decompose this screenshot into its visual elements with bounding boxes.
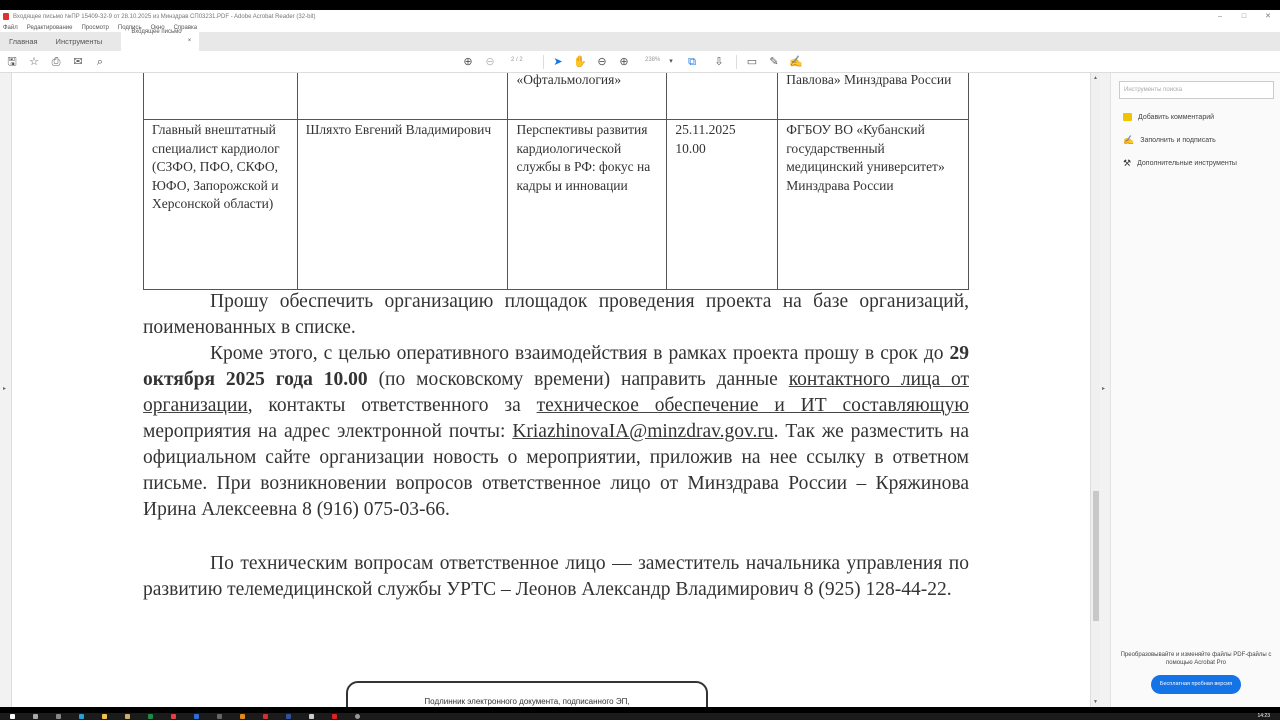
table-row: Главный внештатный специалист кардиолог … (144, 120, 969, 290)
table-cell-text: Павлова» Минздрава России (786, 73, 960, 90)
table-cell-text: «Офтальмология» (516, 73, 658, 90)
table-cell (667, 73, 778, 120)
table-cell: 25.11.2025 10.00 (667, 120, 778, 290)
tool-label: Добавить комментарий (1138, 114, 1214, 121)
hand-icon[interactable]: ✋ (573, 55, 587, 69)
fill-sign-icon: ✍ (1123, 135, 1134, 146)
tab-row: Главная Инструменты Входящее письмо ... … (0, 32, 1280, 51)
app-icon[interactable] (286, 714, 291, 719)
menu-file[interactable]: Файл (3, 25, 18, 31)
expand-left-icon[interactable]: ▸ (3, 385, 6, 392)
acrobat-taskbar-icon[interactable] (263, 714, 268, 719)
search-icon[interactable]: ⌕ (93, 55, 107, 69)
collapse-right-icon[interactable]: ▸ (1102, 385, 1105, 392)
screen-top-bar (0, 0, 1280, 10)
menu-bar: Файл Редактирование Просмотр Подпись Окн… (0, 23, 1280, 32)
tools-search-input[interactable]: Инструменты поиска (1119, 81, 1274, 99)
email-link[interactable]: KriazhinovaIA@minzdrav.gov.ru (512, 421, 773, 442)
tab-home[interactable]: Главная (0, 32, 47, 51)
text-run: , контакты ответственного за (248, 395, 537, 416)
excel-icon[interactable] (148, 714, 153, 719)
paragraph-contacts: Кроме этого, с целью оперативного взаимо… (143, 341, 969, 523)
app-icon[interactable] (240, 714, 245, 719)
close-tab-icon[interactable]: × (188, 32, 192, 51)
menu-edit[interactable]: Редактирование (27, 25, 73, 31)
signature-stamp: Подлинник электронного документа, подпис… (346, 681, 708, 707)
word-icon[interactable] (194, 714, 199, 719)
task-view-icon[interactable] (56, 714, 61, 719)
toolbar-separator (543, 55, 544, 69)
minimize-button[interactable]: – (1208, 10, 1232, 23)
explorer-icon[interactable] (102, 714, 107, 719)
add-comment-tool[interactable]: Добавить комментарий (1123, 113, 1214, 121)
menu-view[interactable]: Просмотр (81, 25, 108, 31)
toolbar-separator (736, 55, 737, 69)
more-tools[interactable]: ⚒Дополнительные инструменты (1123, 158, 1237, 169)
terminal-icon[interactable] (217, 714, 222, 719)
print-icon[interactable]: ⎙ (49, 55, 63, 69)
acrobat-icon (3, 13, 9, 20)
tab-document[interactable]: Входящее письмо ... × (121, 32, 199, 51)
zoom-in-icon[interactable]: ⊕ (617, 55, 631, 69)
scrollbar-thumb[interactable] (1093, 491, 1099, 621)
pen-icon[interactable]: ✎ (767, 55, 781, 69)
fit-page-icon[interactable]: ⧉ (685, 55, 699, 69)
scroll-mode-icon[interactable]: ⇩ (712, 55, 726, 69)
events-table: «Офтальмология» Павлова» Минздрава Росси… (143, 73, 969, 290)
paragraph-request: Прошу обеспечить организацию площадок пр… (143, 289, 969, 341)
save-icon[interactable]: 🖫 (5, 55, 19, 69)
clock[interactable]: 14:23 (1257, 713, 1270, 720)
table-cell (144, 73, 298, 120)
stamp-text: Подлинник электронного документа, подпис… (348, 697, 706, 706)
page-down-icon[interactable]: ⊖ (483, 55, 497, 69)
zoom-out-icon[interactable]: ⊖ (595, 55, 609, 69)
left-panel-toggle[interactable]: ▸ (0, 73, 12, 707)
fill-sign-tool[interactable]: ✍Заполнить и подписать (1123, 135, 1216, 146)
table-cell: Перспективы развития кардиологической сл… (508, 120, 667, 290)
bookmark-star-icon[interactable]: ☆ (27, 55, 41, 69)
page-indicator[interactable]: 2 / 2 (511, 57, 523, 63)
table-cell: Павлова» Минздрава России (778, 73, 969, 120)
app-icon[interactable] (125, 714, 130, 719)
search-icon[interactable] (33, 714, 38, 719)
table-cell: «Офтальмология» (508, 73, 667, 120)
window-title: Входящее письмо №ПР 15409-32-9 от 28.10.… (13, 14, 315, 20)
underlined-text: техническое обеспечение и ИТ составляющу… (537, 395, 969, 416)
table-cell: Главный внештатный специалист кардиолог … (144, 120, 298, 290)
table-cell: ФГБОУ ВО «Кубанский государственный меди… (778, 120, 969, 290)
sign-icon[interactable]: ✍ (789, 55, 803, 69)
maximize-button[interactable]: □ (1232, 10, 1256, 23)
zoom-level[interactable]: 238% (645, 57, 660, 63)
tab-tools[interactable]: Инструменты (47, 32, 112, 51)
zoom-dropdown-icon[interactable]: ▾ (664, 55, 678, 69)
start-icon[interactable] (10, 714, 15, 719)
edge-icon[interactable] (79, 714, 84, 719)
email-icon[interactable]: ✉ (71, 55, 85, 69)
tools-icon: ⚒ (1123, 158, 1131, 169)
table-row: «Офтальмология» Павлова» Минздрава Росси… (144, 73, 969, 120)
tools-pane: Инструменты поиска Добавить комментарий … (1110, 73, 1280, 707)
comment-icon[interactable]: ▭ (745, 55, 759, 69)
text-run: мероприятия на адрес электронной почты: (143, 421, 512, 442)
close-window-button[interactable]: ✕ (1256, 10, 1280, 23)
promo-text: Преобразовывайте и изменяйте файлы PDF-ф… (1111, 651, 1280, 667)
text-run: Кроме этого, с целью оперативного взаимо… (210, 343, 950, 364)
select-cursor-icon[interactable]: ➤ (551, 55, 565, 69)
document-viewport[interactable]: ▸ «Офтальмология» Павлова» Минздрава Рос… (0, 73, 1100, 707)
table-cell: Шляхто Евгений Владимирович (297, 120, 508, 290)
text-run: (по московскому времени) направить данны… (368, 369, 789, 390)
window-title-bar: Входящее письмо №ПР 15409-32-9 от 28.10.… (0, 10, 1280, 23)
pdf-page: «Офтальмология» Павлова» Минздрава Росси… (12, 73, 1090, 707)
page-up-icon[interactable]: ⊕ (461, 55, 475, 69)
chrome-icon[interactable] (171, 714, 176, 719)
scroll-up-icon[interactable]: ▲ (1093, 75, 1098, 81)
right-panel-toggle[interactable]: ▸ (1100, 73, 1110, 707)
taskbar: 14:23 (0, 713, 1280, 720)
vertical-scrollbar[interactable]: ▲ ▼ (1090, 73, 1100, 707)
app-icon[interactable] (309, 714, 314, 719)
free-trial-button[interactable]: Бесплатная пробная версия (1151, 675, 1241, 694)
comment-icon (1123, 113, 1132, 121)
tool-label: Заполнить и подписать (1140, 137, 1216, 144)
app-icon[interactable] (355, 714, 360, 719)
scroll-down-icon[interactable]: ▼ (1093, 699, 1098, 705)
toolbar: 🖫 ☆ ⎙ ✉ ⌕ ⊕ ⊖ 2 / 2 ➤ ✋ ⊖ ⊕ 238% ▾ ⧉ ⇩ ▭… (0, 51, 1280, 73)
table-cell (297, 73, 508, 120)
tool-label: Дополнительные инструменты (1137, 160, 1237, 167)
app-icon[interactable] (332, 714, 337, 719)
paragraph-technical: По техническим вопросам ответственное ли… (143, 551, 969, 603)
